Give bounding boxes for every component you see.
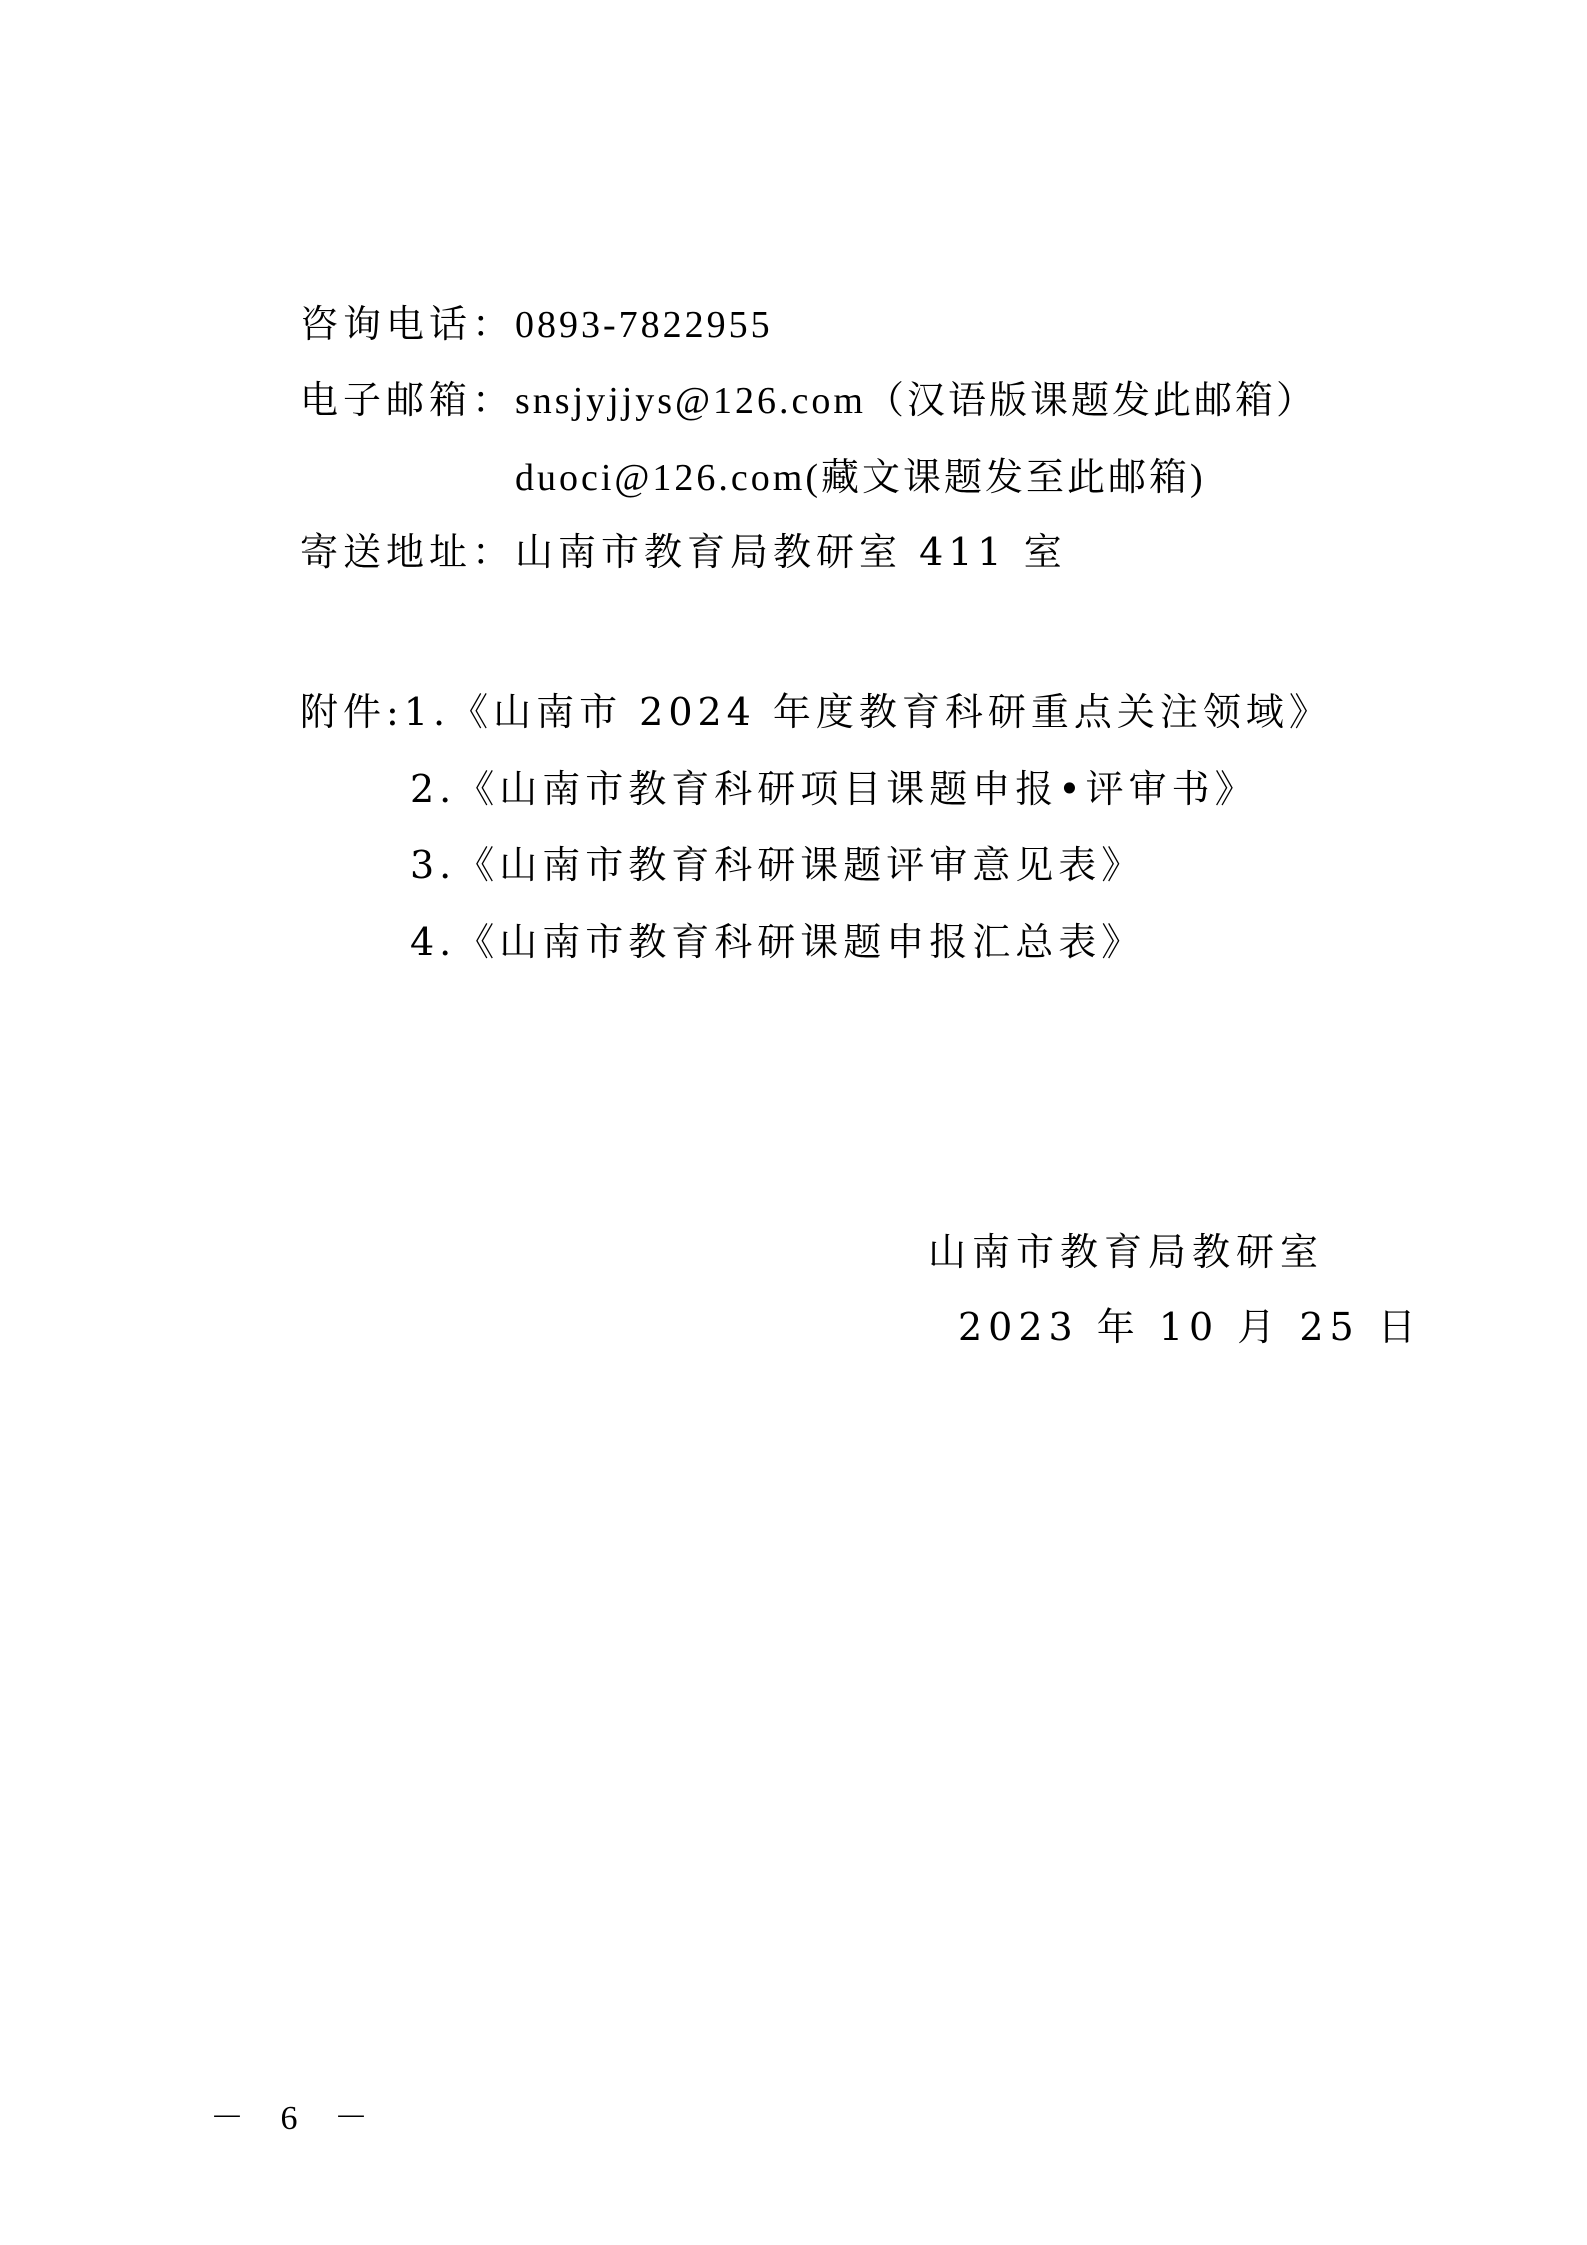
attachment-item-2: 2.《山南市教育科研项目课题申报•评审书》 <box>410 767 1258 811</box>
attachment-item-4: 4.《山南市教育科研课题申报汇总表》 <box>410 920 1144 964</box>
contact-address-row: 寄送地址：山南市教育局教研室 411 室 <box>300 530 1067 574</box>
contact-phone-row: 咨询电话：0893-7822955 <box>300 302 773 347</box>
address-value: 山南市教育局教研室 411 室 <box>515 530 1067 574</box>
attachment-title: 3.《山南市教育科研课题评审意见表》 <box>410 843 1144 887</box>
email-tibetan: duoci@126.com(藏文课题发至此邮箱) <box>515 457 1206 499</box>
attachments-label: 附件: <box>300 690 404 734</box>
signature-date: 2023 年 10 月 25 日 <box>958 1305 1422 1349</box>
contact-email-row-2: duoci@126.com(藏文课题发至此邮箱) <box>515 455 1206 500</box>
attachment-title: 2.《山南市教育科研项目课题申报•评审书》 <box>410 767 1258 811</box>
attachment-item-3: 3.《山南市教育科研课题评审意见表》 <box>410 843 1144 887</box>
phone-label: 咨询电话： <box>300 302 515 346</box>
email-label: 电子邮箱： <box>300 378 515 422</box>
phone-value: 0893-7822955 <box>515 304 773 346</box>
attachment-title: 4.《山南市教育科研课题申报汇总表》 <box>410 920 1144 964</box>
address-label: 寄送地址： <box>300 530 515 574</box>
page-number: － 6 － <box>210 2090 382 2139</box>
signature-organization: 山南市教育局教研室 <box>928 1230 1324 1274</box>
contact-email-row: 电子邮箱：snsjyjjys@126.com（汉语版课题发此邮箱） <box>300 378 1317 423</box>
attachment-title: 1.《山南市 2024 年度教育科研重点关注领域》 <box>404 690 1332 734</box>
attachment-item-1: 附件:1.《山南市 2024 年度教育科研重点关注领域》 <box>300 690 1332 734</box>
email-chinese: snsjyjjys@126.com（汉语版课题发此邮箱） <box>515 380 1317 422</box>
